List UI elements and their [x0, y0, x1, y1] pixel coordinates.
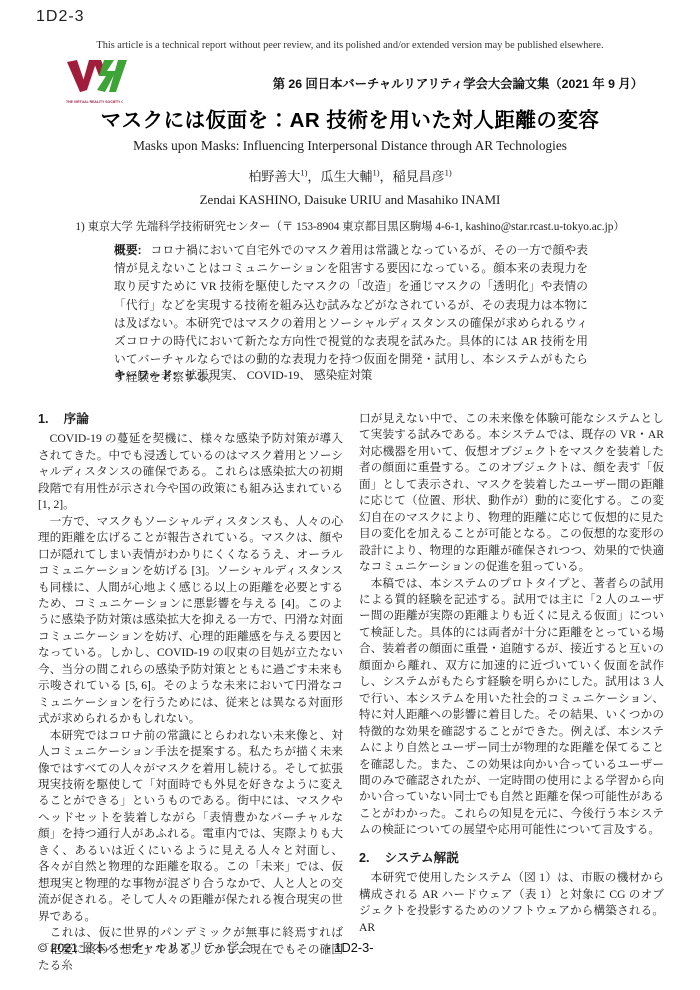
paper-page: 1D2-3 This article is a technical report… [0, 0, 700, 990]
author-name: 柏野善大 [248, 169, 300, 184]
paper-title-ja: マスクには仮面を：AR 技術を用いた対人距離の変容 [0, 103, 700, 133]
authors-en: Zendai KASHINO, Daisuke URIU and Masahik… [0, 192, 700, 208]
section-heading-1: 1. 序論 [38, 411, 343, 427]
paragraph: 一方で、マスクもソーシャルディスタンスも、人々の心理的距離を広げることが報告され… [38, 514, 343, 728]
authors-ja: 柏野善大1)，瓜生大輔1)，稲見昌彦1) [0, 166, 700, 185]
footer-page-number: - 1D2-3- [0, 940, 700, 955]
author-affil-mark: 1) [445, 168, 452, 178]
keywords-line: キーワード:拡張現実、 COVID-19、 感染症対策 [114, 367, 588, 383]
paper-id: 1D2-3 [36, 8, 85, 26]
right-column: 口が見えない中で、この未来像を体験可能なシステムとして実装する試みである。本シス… [359, 411, 664, 974]
abstract-text: コロナ禍において自宅外でのマスク着用は常識となっているが、その一方で顔や表情が見… [114, 244, 588, 384]
section-number: 1. [38, 411, 49, 427]
two-column-body: 1. 序論 COVID-19 の蔓延を契機に、様々な感染予防対策が導入されてきた… [38, 411, 664, 974]
author-separator: ， [307, 169, 320, 184]
abstract-label: 概要: [114, 244, 142, 257]
affiliation: 1) 東京大学 先端科学技術研究センター（〒 153-8904 東京都目黒区駒場… [0, 218, 700, 234]
vrsj-logo-icon [66, 59, 130, 93]
paragraph: 口が見えない中で、この未来像を体験可能なシステムとして実装する試みである。本シス… [359, 411, 664, 576]
disclaimer-text: This article is a technical report witho… [0, 40, 700, 51]
section-title: 序論 [64, 411, 89, 427]
paragraph: 本研究ではコロナ前の常識にとらわれない未来像と、対人コミュニケーション手法を提案… [38, 728, 343, 925]
proceedings-title: 第 26 回日本バーチャルリアリティ学会大会論文集（2021 年 9 月） [273, 74, 643, 92]
section-number: 2. [359, 850, 370, 866]
author-affil-mark: 1) [372, 168, 379, 178]
left-column: 1. 序論 COVID-19 の蔓延を契機に、様々な感染予防対策が導入されてきた… [38, 411, 343, 974]
author-separator: ， [380, 169, 393, 184]
keywords-text: 拡張現実、 COVID-19、 感染症対策 [185, 369, 372, 382]
logo-red-stroke [80, 60, 97, 92]
paragraph: COVID-19 の蔓延を契機に、様々な感染予防対策が導入されてきた。中でも浸透… [38, 431, 343, 513]
author-name: 稲見昌彦 [393, 169, 445, 184]
section-title: システム解説 [385, 850, 459, 866]
vrsj-logo: THE VIRTUAL REALITY SOCIETY OF JAPAN [66, 59, 132, 104]
section-heading-2: 2. システム解説 [359, 850, 664, 866]
abstract: 概要:コロナ禍において自宅外でのマスク着用は常識となっているが、その一方で顔や表… [114, 242, 588, 388]
paragraph: 本研究で使用したシステム（図 1）は、市販の機材から構成される AR ハードウェ… [359, 870, 664, 936]
keywords-label: キーワード: [114, 369, 176, 382]
author-name: 瓜生大輔 [320, 169, 372, 184]
paper-title-en: Masks upon Masks: Influencing Interperso… [0, 138, 700, 154]
paragraph: 本稿では、本システムのプロトタイプと、著者らの試用による質的経験を記述する。試用… [359, 576, 664, 839]
